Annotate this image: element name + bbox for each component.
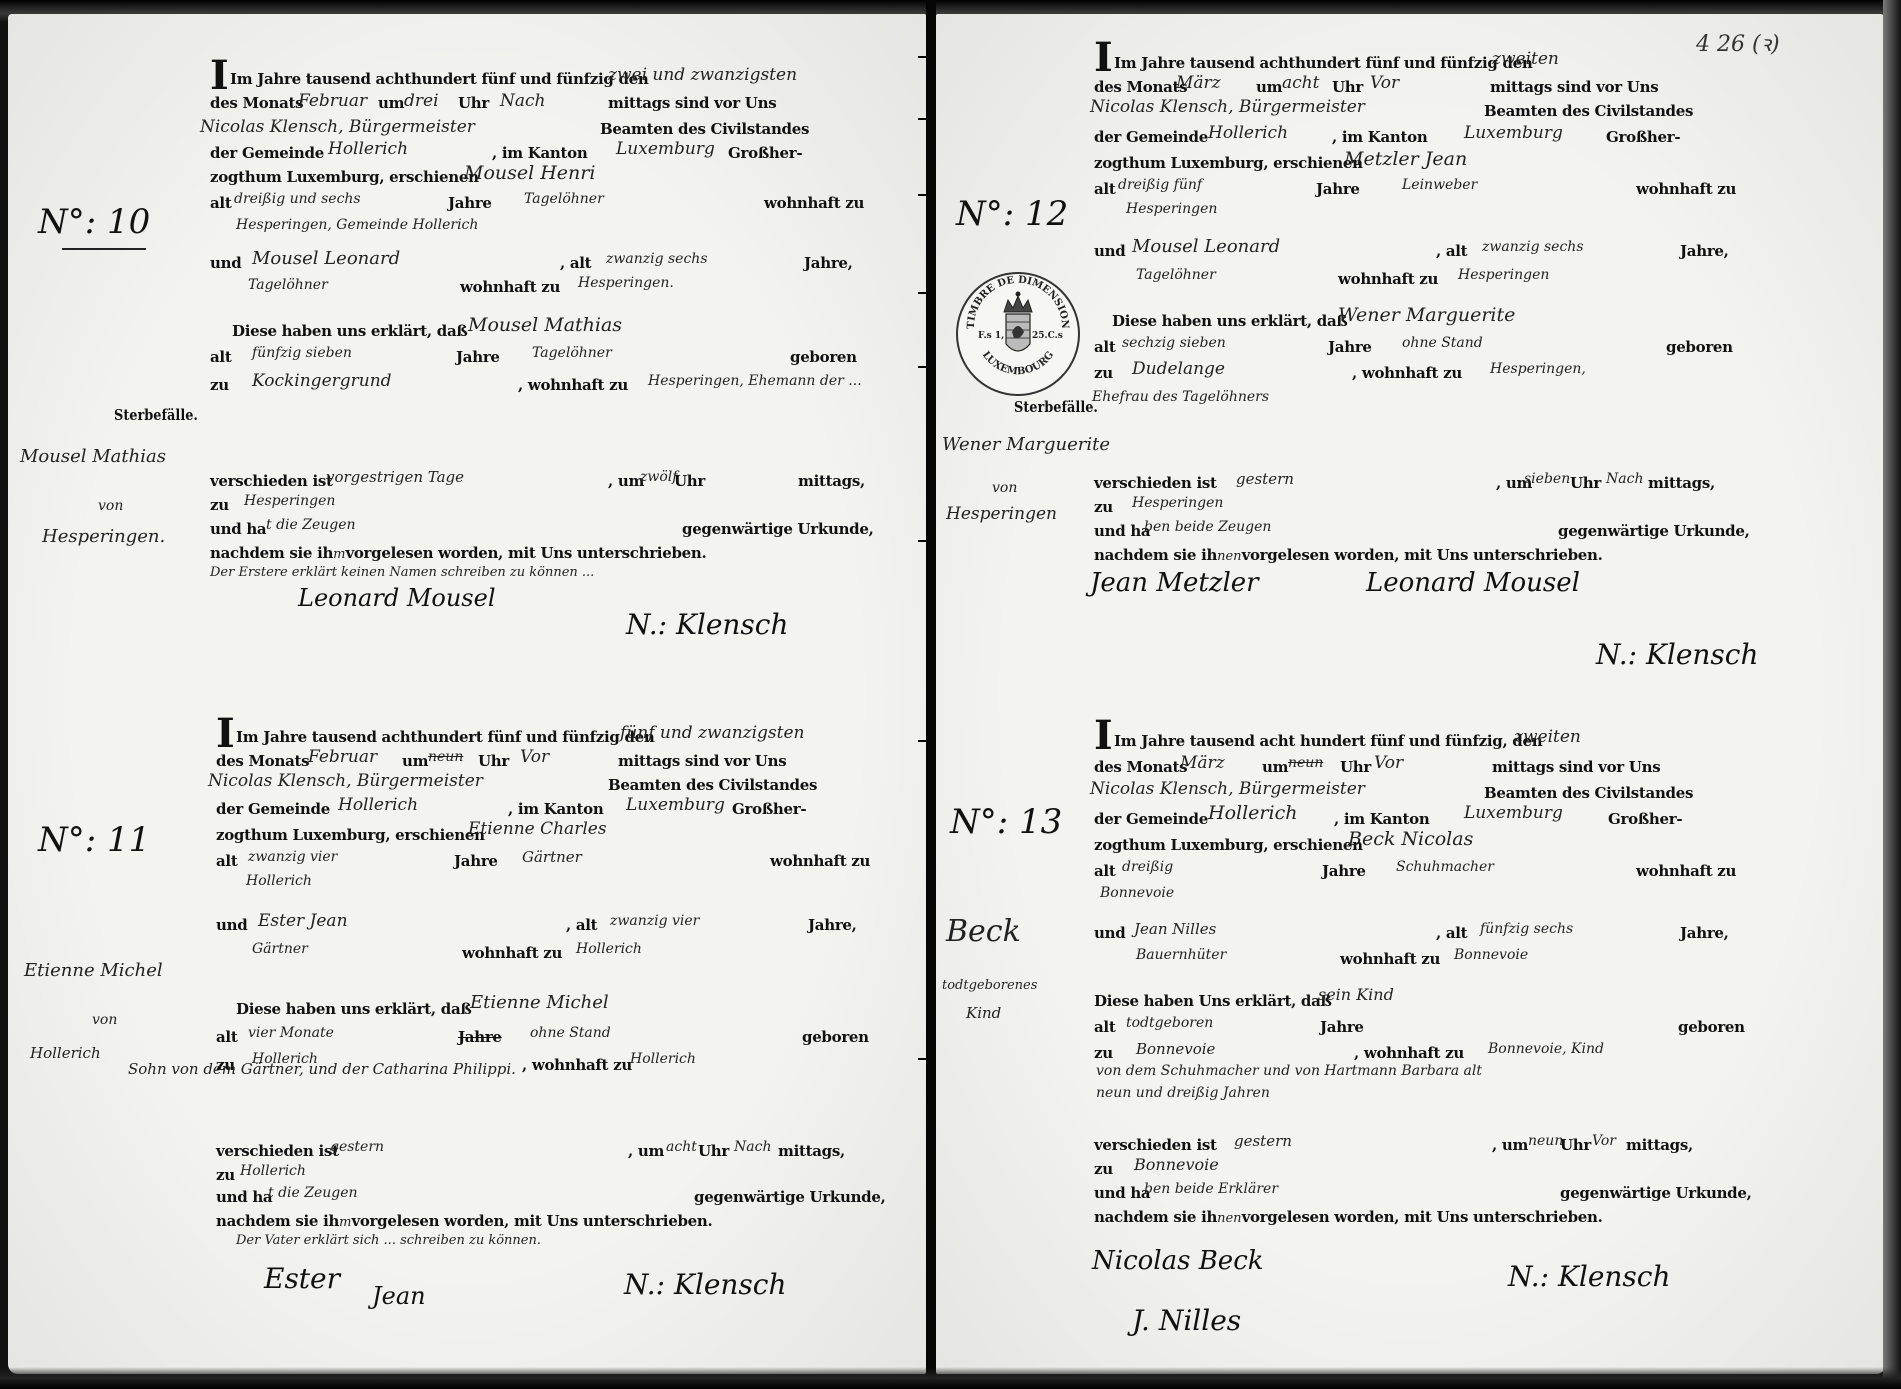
entry-declarant1: Beck Nicolas: [1348, 828, 1473, 850]
entry-died-when: gestern: [330, 1136, 384, 1158]
form-label-jahre: Jahre: [454, 852, 498, 870]
form-label-mittags: mittags,: [1626, 1136, 1693, 1154]
entry-declarant1-residence: Hollerich: [246, 870, 312, 892]
page-bottom-edge: [0, 1367, 1901, 1389]
entry-declarant2-age: fünfzig sechs: [1480, 918, 1573, 940]
form-label-erschienen: zogthum Luxemburg, erschienen: [216, 826, 485, 844]
form-label-uhr: Uhr: [698, 1142, 729, 1160]
form-label-wohnhaft: , wohnhaft zu: [522, 1056, 632, 1074]
entry-deceased-age: todtgeboren: [1126, 1012, 1213, 1034]
entry-declarant2-residence: Bonnevoie: [1454, 944, 1528, 966]
entry-deceased-occupation: ohne Stand: [530, 1022, 611, 1044]
margin-from: von: [92, 1012, 117, 1028]
entry-declarant2-age: zwanzig vier: [610, 910, 699, 932]
form-label-month: des Monats: [216, 752, 309, 770]
form-label-wohnhaft: wohnhaft zu: [1636, 862, 1736, 880]
margin-place: Hollerich: [30, 1044, 101, 1062]
form-line-year: Im Jahre tausend achthundert fünf und fü…: [236, 728, 655, 746]
drop-cap: I: [1094, 716, 1113, 756]
entry-officer: Nicolas Klensch, Bürgermeister: [1090, 778, 1365, 800]
form-label-alt: alt: [216, 852, 237, 870]
form-label-erklaert: Diese haben uns erklärt, daß: [236, 1000, 471, 1018]
form-label-alt: alt: [1094, 862, 1115, 880]
form-label-urkunde: gegenwärtige Urkunde,: [1560, 1184, 1752, 1202]
entry-birthplace: Bonnevoie: [1136, 1038, 1215, 1060]
entry-deceased-age: vier Monate: [248, 1022, 334, 1044]
entry-declarant1-age: zwanzig vier: [248, 846, 337, 868]
entry-parents-2: neun und dreißig Jahren: [1096, 1082, 1270, 1104]
struck-jahre: Jahre: [458, 1028, 502, 1046]
signature-witness-2: Jean: [372, 1282, 426, 1310]
entry-11: I Im Jahre tausend achthundert fünf und …: [8, 14, 926, 1374]
entry-day: fünf und zwanzigsten: [620, 722, 805, 744]
margin-from: todtgeborenes: [942, 978, 1037, 993]
entry-canton: Luxemburg: [626, 794, 725, 816]
entry-commune: Hollerich: [1208, 802, 1297, 824]
entry-13: I Im Jahre tausend acht hundert fünf und…: [936, 14, 1886, 1374]
entry-hour: neun: [428, 746, 463, 768]
form-label-grossherzogthum: Großher-: [732, 800, 806, 818]
entry-deceased: Etienne Michel: [470, 992, 609, 1014]
entry-pronoun-suffix: m: [339, 1215, 351, 1230]
entry-declarant2-occupation: Gärtner: [252, 938, 308, 960]
entry-ampm: Vor: [520, 746, 549, 768]
form-label-alt: , alt: [566, 916, 597, 934]
form-label-wohnhaft: wohnhaft zu: [770, 852, 870, 870]
page-right-edge: [1883, 0, 1901, 1389]
form-label-um: , um: [628, 1142, 664, 1160]
form-label-vorgelesen: vorgelesen worden, mit Uns unterschriebe…: [351, 1212, 712, 1230]
entry-declarant1-occupation: Gärtner: [522, 846, 582, 868]
entry-ampm: Vor: [1374, 752, 1403, 774]
form-label-jahre: Jahre: [1320, 1018, 1364, 1036]
entry-parents: Sohn von dem Gärtner, und der Catharina …: [128, 1058, 516, 1080]
form-label-um: um: [402, 752, 428, 770]
form-label-und: und: [216, 916, 247, 934]
entry-declarant1-occupation: Schuhmacher: [1396, 856, 1494, 878]
entry-deceased: sein Kind: [1318, 984, 1394, 1006]
right-page: 4 26 (ꝛ) I Im Jahre tausend achthundert …: [936, 14, 1886, 1374]
entry-died-at: Hollerich: [240, 1160, 306, 1182]
entry-declarant1-age: dreißig: [1122, 856, 1173, 878]
entry-died-ampm: Vor: [1592, 1130, 1616, 1152]
form-label-verschieden: verschieden ist: [1094, 1136, 1217, 1154]
signature-declarant-1: Nicolas Beck: [1092, 1246, 1264, 1276]
margin-place: Kind: [966, 1004, 1001, 1022]
form-label-uhr: Uhr: [478, 752, 509, 770]
entry-number: N°: 11: [38, 820, 150, 860]
form-label-jahre: Jahre: [1322, 862, 1366, 880]
form-label-jahre: Jahre,: [1680, 924, 1729, 942]
entry-pronoun-suffix: nen: [1217, 1211, 1241, 1226]
form-label-kanton: , im Kanton: [1334, 810, 1429, 828]
entry-signed-by: ben beide Erklärer: [1144, 1178, 1278, 1200]
entry-parents: von dem Schuhmacher und von Hartmann Bar…: [1096, 1060, 1482, 1082]
entry-number: N°: 13: [950, 802, 1062, 842]
form-line-year: Im Jahre tausend acht hundert fünf und f…: [1114, 732, 1542, 750]
entry-residence: Hollerich: [630, 1048, 696, 1070]
entry-declarant2-occupation: Bauernhüter: [1136, 944, 1226, 966]
form-label-nachdem: nachdem sie ih: [216, 1212, 339, 1230]
entry-commune: Hollerich: [338, 794, 418, 816]
form-label-geboren: geboren: [1678, 1018, 1745, 1036]
signature-declarant-2: J. Nilles: [1132, 1304, 1241, 1337]
form-label-zu: zu: [1094, 1160, 1113, 1178]
form-label-mittags: mittags,: [778, 1142, 845, 1160]
form-label-vorgelesen: vorgelesen worden, mit Uns unterschriebe…: [1242, 1208, 1603, 1226]
form-label-grossherzogthum: Großher-: [1608, 810, 1682, 828]
entry-month: März: [1180, 752, 1225, 774]
form-label-beamten: Beamten des Civilstandes: [608, 776, 817, 794]
form-label-wohnhaft: wohnhaft zu: [462, 944, 562, 962]
margin-deceased-name: Beck: [946, 914, 1021, 949]
signature-witness-1: Ester: [264, 1262, 340, 1295]
drop-cap: I: [216, 714, 235, 754]
form-label-gemeinde: der Gemeinde: [1094, 810, 1208, 828]
form-label-geboren: geboren: [802, 1028, 869, 1046]
form-label-um: , um: [1492, 1136, 1528, 1154]
form-label-erklaert: Diese haben Uns erklärt, daß: [1094, 992, 1332, 1010]
form-label-urkunde: gegenwärtige Urkunde,: [694, 1188, 886, 1206]
entry-month: Februar: [308, 746, 377, 768]
entry-hour: neun: [1288, 752, 1323, 774]
entry-declarant1-residence: Bonnevoie: [1100, 882, 1174, 904]
form-label-zu: zu: [216, 1166, 235, 1184]
entry-declarant1: Etienne Charles: [468, 818, 607, 840]
form-label-month: des Monats: [1094, 758, 1187, 776]
form-label-erschienen: zogthum Luxemburg, erschienen: [1094, 836, 1363, 854]
entry-canton: Luxemburg: [1464, 802, 1563, 824]
form-label-und-ha: und ha: [1094, 1184, 1150, 1202]
form-label-alt: alt: [1094, 1018, 1115, 1036]
entry-died-when: gestern: [1234, 1130, 1292, 1152]
book-gutter: [926, 0, 936, 1389]
form-label-um: um: [1262, 758, 1288, 776]
form-label-und: und: [1094, 924, 1125, 942]
form-label-und-ha: und ha: [216, 1188, 272, 1206]
entry-residence: Bonnevoie, Kind: [1488, 1038, 1604, 1060]
signature-officer: N.: Klensch: [1508, 1260, 1671, 1293]
form-label-gemeinde: der Gemeinde: [216, 800, 330, 818]
entry-day: zweiten: [1514, 726, 1581, 748]
entry-declarant2-residence: Hollerich: [576, 938, 642, 960]
entry-signed-by: t die Zeugen: [268, 1182, 358, 1204]
entry-died-hour: neun: [1528, 1130, 1563, 1152]
entry-died-at: Bonnevoie: [1134, 1154, 1219, 1176]
form-label-uhr: Uhr: [1560, 1136, 1591, 1154]
signature-officer: N.: Klensch: [624, 1268, 787, 1301]
form-label-jahre: Jahre,: [808, 916, 857, 934]
form-label-wohnhaft: wohnhaft zu: [1340, 950, 1440, 968]
form-label-mittags: mittags sind vor Uns: [618, 752, 786, 770]
form-label-kanton: , im Kanton: [508, 800, 603, 818]
margin-deceased-name: Etienne Michel: [24, 960, 163, 981]
form-label-beamten: Beamten des Civilstandes: [1484, 784, 1693, 802]
form-label-uhr: Uhr: [1340, 758, 1371, 776]
entry-declarant2: Ester Jean: [258, 910, 348, 932]
left-page: I Im Jahre tausend achthundert fünf und …: [8, 14, 926, 1374]
form-label-verschieden: verschieden ist: [216, 1142, 339, 1160]
form-label-nachdem: nachdem sie ih: [1094, 1208, 1217, 1226]
entry-officer: Nicolas Klensch, Bürgermeister: [208, 770, 483, 792]
entry-note: Der Vater erklärt sich ... schreiben zu …: [236, 1230, 541, 1252]
entry-declarant2: Jean Nilles: [1134, 918, 1216, 940]
form-label-alt: , alt: [1436, 924, 1467, 942]
entry-died-ampm: Nach: [734, 1136, 771, 1158]
entry-died-hour: acht: [666, 1136, 697, 1158]
form-label-alt: alt: [216, 1028, 237, 1046]
form-label-mittags: mittags sind vor Uns: [1492, 758, 1660, 776]
